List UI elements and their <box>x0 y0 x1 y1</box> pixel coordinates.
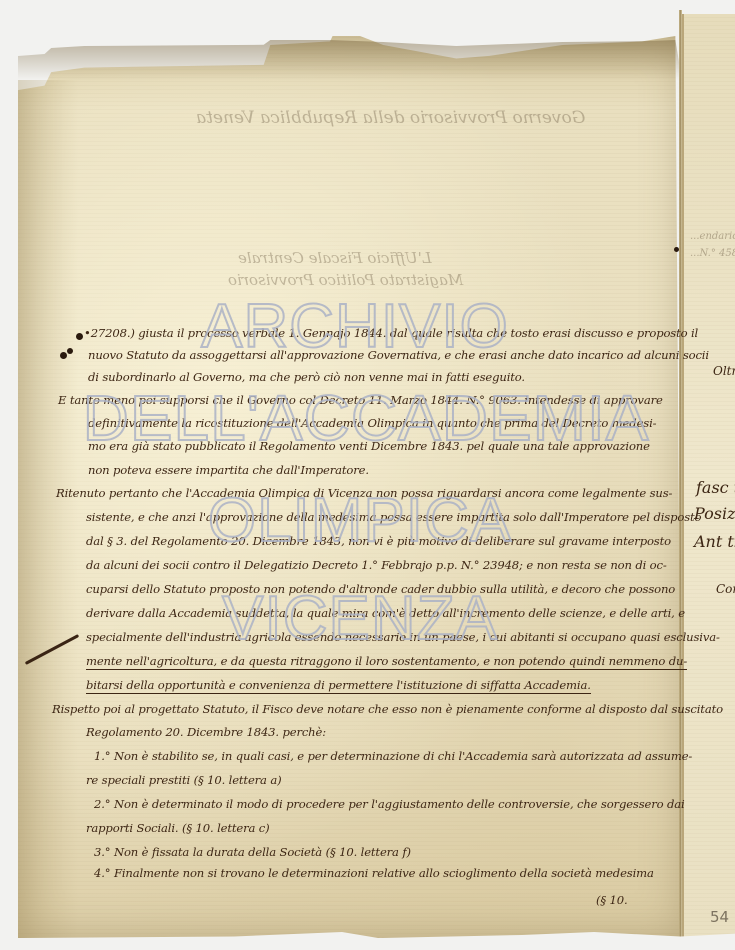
manuscript-line: Rispetto poi al progettato Statuto, il F… <box>52 704 723 716</box>
manuscript-line-underlined: mente nell'agricoltura, e da questa ritr… <box>86 656 687 670</box>
watermark-line: ARCHIVIO <box>190 296 520 358</box>
adjacent-page <box>682 14 735 938</box>
ink-blot <box>67 348 73 354</box>
right-page-fragment: Posiz n <box>694 504 735 523</box>
manuscript-line-underlined: bitarsi della opportunità e convenienza … <box>86 680 591 694</box>
manuscript-line: 2.° Non è determinato il modo di procede… <box>94 799 685 811</box>
bleed-through-header: Governo Provvisorio della Repubblica Ven… <box>196 108 585 128</box>
manuscript-line: re speciali prestiti (§ 10. lettera a) <box>86 775 281 787</box>
manuscript-line: rapporti Sociali. (§ 10. lettera c) <box>86 823 269 835</box>
right-page-fragment: ...endario <box>690 231 735 242</box>
bleed-through-stamp-line-1: L'Ufficio Fiscale Centrale <box>238 249 432 267</box>
ink-blot <box>60 352 67 359</box>
right-page-fragment: ...N.° 4580 <box>690 248 735 259</box>
page-number: 54 <box>710 908 729 926</box>
ink-blot <box>674 247 679 252</box>
right-page-fragment: fasc to <box>696 478 735 497</box>
left-edge-shading <box>18 80 78 940</box>
right-page-fragment: Con <box>716 582 735 596</box>
ink-blot <box>76 333 83 340</box>
watermark-line: OLIMPICA <box>180 490 540 552</box>
manuscript-line: da alcuni dei socii contro il Delegatizi… <box>86 560 667 572</box>
manuscript-line: 1.° Non è stabilito se, in quali casi, e… <box>94 751 692 763</box>
right-page-fragment: Ant ti <box>694 532 735 551</box>
document-scan: Governo Provvisorio della Repubblica Ven… <box>0 0 735 950</box>
manuscript-line: non poteva essere impartita che dall'Imp… <box>88 465 369 477</box>
manuscript-line: 3.° Non è fissata la durata della Societ… <box>94 847 411 859</box>
torn-top-edge <box>18 40 682 80</box>
bleed-through-stamp-line-2: Magistrato Politico Provvisorio <box>228 271 463 289</box>
watermark-line: VICENZA <box>185 588 535 650</box>
watermark-line: DELL'ACCADEMIA <box>36 386 696 450</box>
right-page-fragment: Oltr <box>713 364 735 378</box>
manuscript-line: (§ 10. <box>596 895 628 907</box>
manuscript-line: Regolamento 20. Dicembre 1843. perchè: <box>86 727 326 739</box>
manuscript-line: 4.° Finalmente non si trovano le determi… <box>94 868 654 880</box>
